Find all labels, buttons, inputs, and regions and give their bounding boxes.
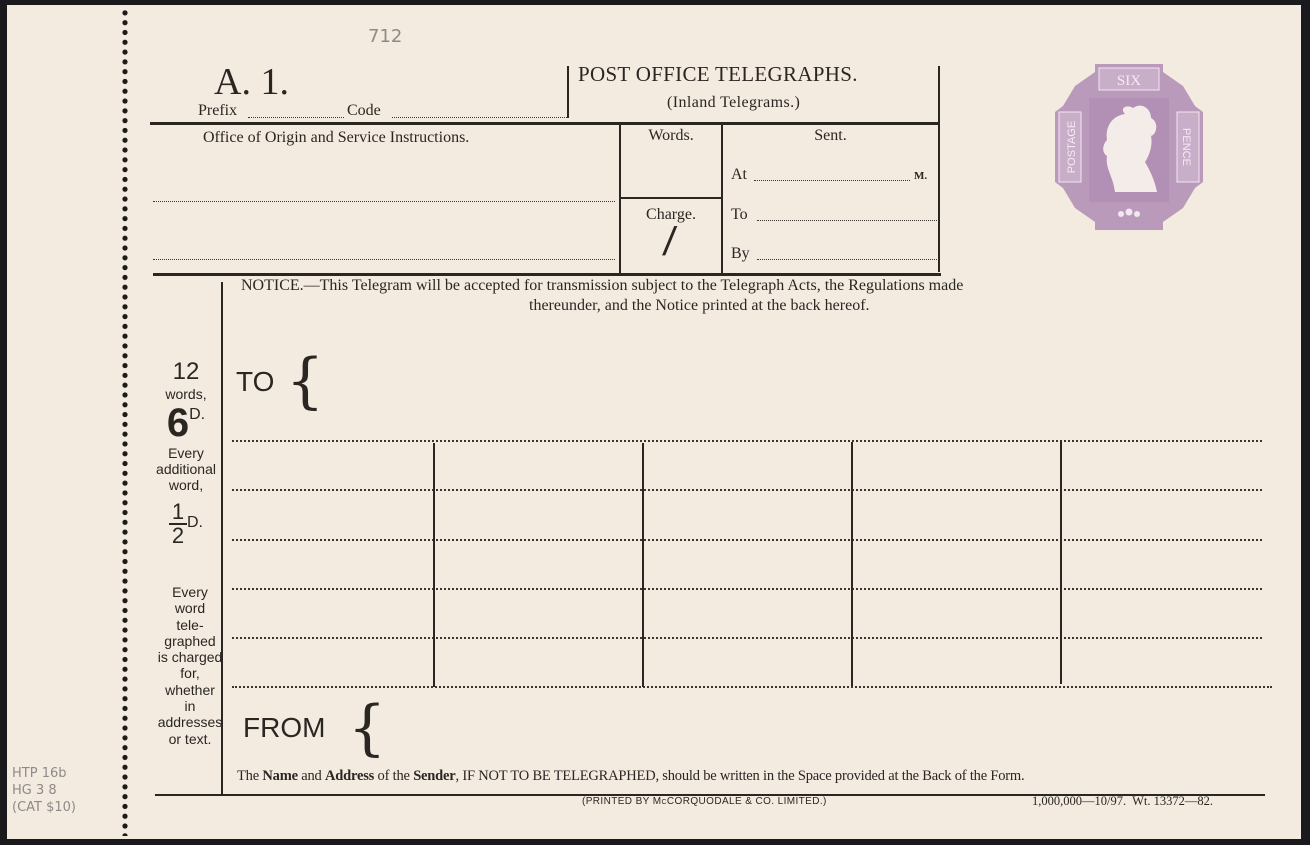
grid-rule (232, 686, 1272, 688)
prefix-field[interactable] (248, 117, 344, 118)
note-text: The (237, 768, 262, 784)
note-line: additional (150, 461, 222, 477)
note-line: in (150, 698, 230, 714)
note-line: word (150, 600, 230, 616)
sent-by-field[interactable] (757, 259, 937, 260)
note-line: addresses (150, 714, 230, 730)
pencil-line: HTP 16b (12, 765, 76, 782)
pencil-line: HG 3 8 (12, 782, 76, 799)
note-text: and (298, 768, 325, 784)
at-suffix: M. (914, 170, 927, 182)
note-line: graphed (150, 633, 230, 649)
to-address-label: TO (236, 366, 274, 398)
note-text: , IF NOT TO BE TELEGRAPHED, should be wr… (456, 768, 1025, 784)
to-brace: { (286, 346, 324, 416)
additional-note: Every additional word, (150, 445, 222, 493)
half-penny: 1 2 D. (150, 501, 222, 547)
note-line: Every (150, 584, 230, 600)
note-line: is charged (150, 649, 230, 665)
pencil-note-corner: HTP 16b HG 3 8 (CAT $10) (12, 765, 76, 816)
embossed-stamp: SIX POSTAGE PENCE (1055, 64, 1203, 230)
form-code: A. 1. (214, 62, 289, 102)
sent-at-field[interactable] (754, 180, 910, 181)
stamp-top-text: SIX (1117, 73, 1141, 89)
note-bold: Name (262, 768, 297, 784)
words-field[interactable] (621, 150, 721, 194)
price-unit: D. (189, 406, 205, 423)
divider (721, 123, 723, 273)
note-line: word, (150, 477, 222, 493)
to-address-field[interactable] (320, 348, 1260, 434)
words-label: Words. (621, 127, 721, 145)
notice-line-2: thereunder, and the Notice printed at th… (529, 297, 870, 315)
office-origin-field-1[interactable] (153, 201, 615, 202)
note-line: whether (150, 682, 230, 698)
note-line: Every (150, 445, 222, 461)
message-body-grid[interactable] (232, 442, 1262, 686)
note-line: tele- (150, 617, 230, 633)
to-label: To (731, 206, 748, 224)
fraction-denominator: 2 (169, 525, 187, 547)
charge-note: Every word tele- graphed is charged for,… (150, 584, 230, 747)
pencil-note-top: 712 (368, 26, 402, 47)
divider (153, 273, 941, 276)
svg-text:POSTAGE: POSTAGE (1066, 121, 1078, 173)
form-subtitle: (Inland Telegrams.) (667, 94, 800, 112)
at-label: At (731, 166, 747, 184)
notice-line-1: NOTICE.—This Telegram will be accepted f… (241, 277, 963, 295)
half-unit: D. (187, 515, 203, 531)
note-bold: Address (325, 768, 374, 784)
printer-imprint: (PRINTED BY McCORQUODALE & CO. LIMITED.) (582, 796, 827, 807)
svg-text:PENCE: PENCE (1180, 128, 1192, 166)
code-label: Code (347, 102, 381, 120)
sent-label: Sent. (723, 127, 938, 145)
perforation-edge (122, 8, 128, 836)
from-address-label: FROM (243, 712, 325, 744)
note-line: for, (150, 665, 230, 681)
divider (150, 122, 940, 125)
prefix-label: Prefix (198, 102, 237, 120)
office-origin-field-2[interactable] (153, 259, 615, 260)
price-value: 6 (167, 401, 189, 445)
sender-note: The Name and Address of the Sender, IF N… (237, 768, 1024, 785)
divider (938, 66, 940, 272)
rates-panel: 12 words, 6D. Every additional word, 1 2… (150, 360, 222, 547)
price: 6D. (150, 403, 222, 443)
form-title: POST OFFICE TELEGRAPHS. (578, 62, 858, 87)
note-text: of the (374, 768, 413, 784)
words-count: 12 (150, 360, 222, 384)
pencil-line: (CAT $10) (12, 799, 76, 816)
by-label: By (731, 245, 750, 263)
fraction-numerator: 1 (169, 501, 187, 523)
from-address-field[interactable] (380, 692, 1260, 764)
sent-to-field[interactable] (757, 220, 937, 221)
note-line: or text. (150, 731, 230, 747)
words-text: words, (150, 387, 222, 401)
office-origin-label: Office of Origin and Service Instruction… (203, 129, 469, 147)
divider (567, 66, 569, 118)
code-field[interactable] (392, 117, 567, 118)
note-bold: Sender (413, 768, 455, 784)
divider (621, 197, 721, 199)
print-run: 1,000,000—10/97. Wt. 13372—82. (1032, 794, 1213, 809)
